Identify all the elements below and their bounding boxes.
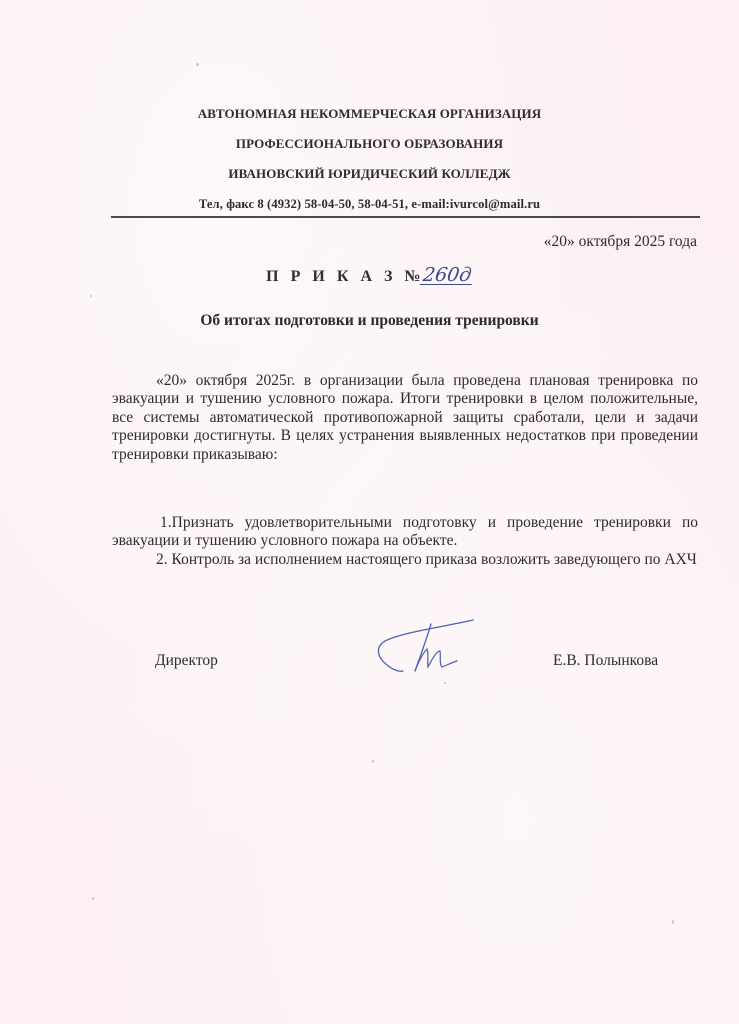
order-number-sign: № bbox=[404, 268, 420, 285]
scan-speck bbox=[196, 63, 199, 66]
letterhead-divider bbox=[111, 216, 700, 218]
preamble-paragraph: «20» октября 2025г. в организации была п… bbox=[112, 372, 698, 464]
document-date: «20» октября 2025 года bbox=[544, 233, 697, 251]
org-contacts: Тел, факс 8 (4932) 58-04-50, 58-04-51, e… bbox=[0, 197, 739, 212]
scan-speck bbox=[92, 897, 94, 900]
order-item-1: 1.Признать удовлетворительными подготовк… bbox=[112, 514, 698, 551]
order-subject: Об итогах подготовки и проведения тренир… bbox=[0, 312, 739, 330]
order-item-2: 2. Контроль за исполнением настоящего пр… bbox=[112, 551, 698, 569]
signatory-name: Е.В. Полынкова bbox=[553, 652, 658, 670]
order-items: 1.Признать удовлетворительными подготовк… bbox=[112, 514, 698, 569]
signatory-title: Директор bbox=[155, 652, 218, 670]
handwritten-signature-icon bbox=[373, 617, 483, 679]
org-name-line-3: ИВАНОВСКИЙ ЮРИДИЧЕСКИЙ КОЛЛЕДЖ bbox=[0, 166, 739, 182]
order-label: П Р И К А З bbox=[266, 268, 396, 285]
scan-speck bbox=[90, 295, 92, 297]
scanned-document-page: АВТОНОМНАЯ НЕКОММЕРЧЕСКАЯ ОРГАНИЗАЦИЯ ПР… bbox=[0, 0, 739, 1024]
order-heading: П Р И К А З №260д bbox=[0, 266, 739, 286]
org-name-line-1: АВТОНОМНАЯ НЕКОММЕРЧЕСКАЯ ОРГАНИЗАЦИЯ bbox=[0, 106, 739, 122]
order-number-handwritten: 260д bbox=[419, 266, 474, 285]
order-preamble: «20» октября 2025г. в организации была п… bbox=[112, 372, 698, 464]
scan-speck bbox=[372, 760, 374, 763]
org-name-line-2: ПРОФЕССИОНАЛЬНОГО ОБРАЗОВАНИЯ bbox=[0, 136, 739, 152]
scan-speck bbox=[444, 682, 446, 684]
scan-speck bbox=[672, 920, 674, 924]
